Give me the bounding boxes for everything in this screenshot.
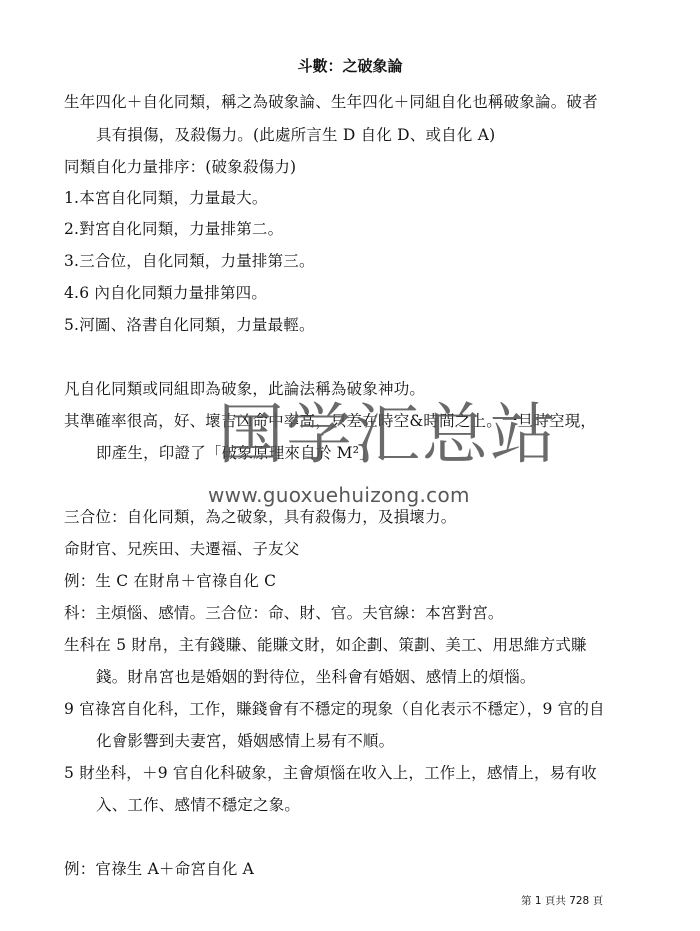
watermark-url: www.guoxuehuizong.com xyxy=(208,483,470,507)
list-item: 4.6 內自化同類力量排第四。 xyxy=(64,281,267,303)
paragraph-line: 命財官、兄疾田、夫遷福、子友父 xyxy=(64,537,300,559)
list-item: 2.對宮自化同類，力量排第二。 xyxy=(64,217,283,239)
paragraph-line: 例：生 C 在財帛＋官祿自化 C xyxy=(64,569,276,591)
list-item: 1.本宮自化同類，力量最大。 xyxy=(64,186,268,208)
list-item: 5.河圖、洛書自化同類，力量最輕。 xyxy=(64,313,315,335)
page-number: 第 1 頁共 728 頁 xyxy=(521,893,603,908)
paragraph-line: 5 財坐科，＋9 官自化科破象，主會煩惱在收入上，工作上，感情上，易有收 xyxy=(64,761,597,783)
paragraph-line: 9 官祿宮自化科，工作，賺錢會有不穩定的現象（自化表示不穩定），9 官的自 xyxy=(64,697,605,719)
paragraph-line: 具有損傷，及殺傷力。(此處所言生 D 自化 D、或自化 A) xyxy=(96,123,495,145)
document-page: 斗數：之破象論 生年四化＋自化同類，稱之為破象論、生年四化＋同組自化也稱破象論。… xyxy=(0,0,700,931)
paragraph-line: 化會影響到夫妻宮，婚姻感情上易有不順。 xyxy=(96,729,394,751)
paragraph-line: 例：官祿生 A＋命宮自化 A xyxy=(64,857,254,879)
paragraph-line: 入、工作、感情不穩定之象。 xyxy=(96,793,300,815)
list-item: 3.三合位，自化同類，力量排第三。 xyxy=(64,249,315,271)
paragraph-line: 生科在 5 財帛，主有錢賺、能賺文財，如企劃、策劃、美工、用思維方式賺 xyxy=(64,633,587,655)
paragraph-line: 生年四化＋自化同類，稱之為破象論、生年四化＋同組自化也稱破象論。破者 xyxy=(64,90,598,112)
paragraph-line: 同類自化力量排序：(破象殺傷力) xyxy=(64,155,296,177)
watermark-text: 国学汇总站 xyxy=(218,402,558,468)
document-title: 斗數：之破象論 xyxy=(0,55,700,76)
paragraph-line: 三合位：自化同類，為之破象，具有殺傷力，及損壞力。 xyxy=(64,505,457,527)
paragraph-line: 錢。財帛宮也是婚姻的對待位，坐科會有婚姻、感情上的煩惱。 xyxy=(96,665,536,687)
paragraph-line: 科：主煩惱、感情。三合位：命、財、官。夫官線：本宮對宮。 xyxy=(64,601,504,623)
